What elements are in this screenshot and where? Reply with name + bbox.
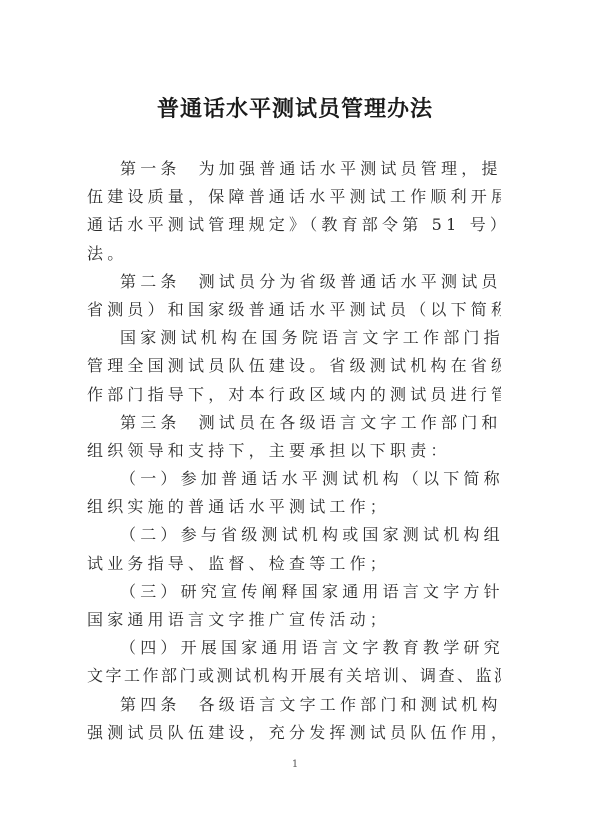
- paragraph-line: 法。: [87, 240, 501, 268]
- page-number: 1: [0, 759, 590, 770]
- paragraph-line: 第三条测试员在各级语言文字工作部门和测试机构: [87, 409, 501, 437]
- document-title: 普通话水平测试员管理办法: [0, 92, 590, 123]
- article-label: 第四条: [120, 695, 181, 714]
- paragraph-line: 管理全国测试员队伍建设。省级测试机构在省级语言文字工: [87, 352, 501, 380]
- list-item-line: 试业务指导、监督、检查等工作；: [87, 550, 501, 578]
- paragraph-line: 第一条为加强普通话水平测试员管理，提高测试员队: [87, 155, 501, 183]
- paragraph-line: 组织领导和支持下，主要承担以下职责：: [87, 437, 501, 465]
- article-label: 第三条: [120, 413, 181, 432]
- list-item-line: （四）开展国家通用语言文字教育教学研究，配合语言: [87, 634, 501, 662]
- paragraph-line: 第二条测试员分为省级普通话水平测试员（以下简称: [87, 268, 501, 296]
- paragraph-line: 省测员）和国家级普通话水平测试员（以下简称国测员）。: [87, 296, 501, 324]
- paragraph-line: 通话水平测试管理规定》（教育部令第 51 号），制定本办: [87, 211, 501, 239]
- article-label: 第一条: [120, 159, 181, 178]
- document-page: 普通话水平测试员管理办法 第一条为加强普通话水平测试员管理，提高测试员队 伍建设…: [0, 0, 590, 837]
- paragraph-line: 国家测试机构在国务院语言文字工作部门指导下，统筹: [87, 324, 501, 352]
- paragraph-line: 第四条各级语言文字工作部门和测试机构应注重加: [87, 691, 501, 719]
- list-item-line: （二）参与省级测试机构或国家测试机构组织开展的测: [87, 521, 501, 549]
- paragraph-line: 强测试员队伍建设，充分发挥测试员队伍作用，加强培养培: [87, 719, 501, 747]
- paragraph-line: 作部门指导下，对本行政区域内的测试员进行管理。: [87, 381, 501, 409]
- paragraph-line: 伍建设质量，保障普通话水平测试工作顺利开展，根据《普: [87, 183, 501, 211]
- list-item-line: （三）研究宣传阐释国家通用语言文字方针政策，参与: [87, 578, 501, 606]
- list-item-line: 国家通用语言文字推广宣传活动；: [87, 606, 501, 634]
- list-item-line: 文字工作部门或测试机构开展有关培训、调查、监测等工作。: [87, 662, 501, 690]
- list-item-line: （一）参加普通话水平测试机构（以下简称测试机构）: [87, 465, 501, 493]
- list-item-line: 组织实施的普通话水平测试工作；: [87, 493, 501, 521]
- article-label: 第二条: [120, 272, 181, 291]
- document-body: 第一条为加强普通话水平测试员管理，提高测试员队 伍建设质量，保障普通话水平测试工…: [87, 155, 501, 747]
